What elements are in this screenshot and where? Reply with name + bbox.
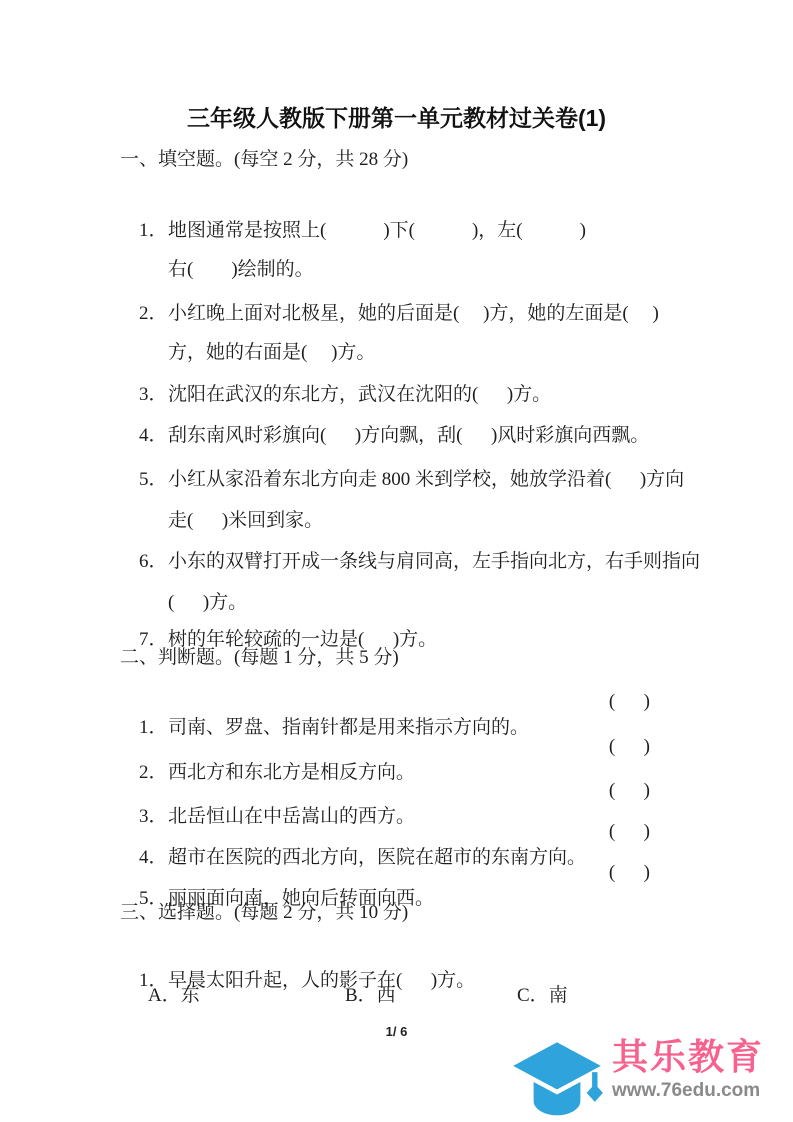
choice-question-1-options: A．东 B．西 C．南 — [120, 983, 675, 1009]
exam-paper-page: 三年级人教版下册第一单元教材过关卷(1) 一、填空题。(每空 2 分，共 28 … — [0, 0, 793, 1122]
answer-brackets: ( ) — [609, 860, 650, 886]
section-1-heading: 一、填空题。(每空 2 分，共 28 分) — [120, 147, 408, 173]
brand-name: 其乐教育 — [612, 1036, 764, 1078]
answer-brackets: ( ) — [609, 734, 650, 760]
section-2-heading: 二、判断题。(每题 1 分，共 5 分) — [120, 645, 399, 671]
option-c: C．南 — [517, 983, 568, 1009]
brand-website: www.76edu.com — [612, 1080, 764, 1102]
logo-text-block: 其乐教育 www.76edu.com — [612, 1036, 764, 1102]
graduation-cap-icon — [503, 1036, 611, 1122]
question-text: 小东的双臂打开成一条线与肩同高，左手指向北方，右手则指向 — [168, 551, 700, 572]
answer-brackets: ( ) — [609, 819, 650, 845]
answer-brackets: ( ) — [609, 778, 650, 804]
page-title: 三年级人教版下册第一单元教材过关卷(1) — [0, 100, 793, 133]
option-b: B．西 — [345, 983, 396, 1009]
publisher-logo: 其乐教育 www.76edu.com — [500, 1034, 793, 1122]
answer-brackets: ( ) — [609, 689, 650, 715]
option-a: A．东 — [148, 983, 200, 1009]
section-3-heading: 三、选择题。(每题 2 分，共 10 分) — [120, 900, 408, 926]
